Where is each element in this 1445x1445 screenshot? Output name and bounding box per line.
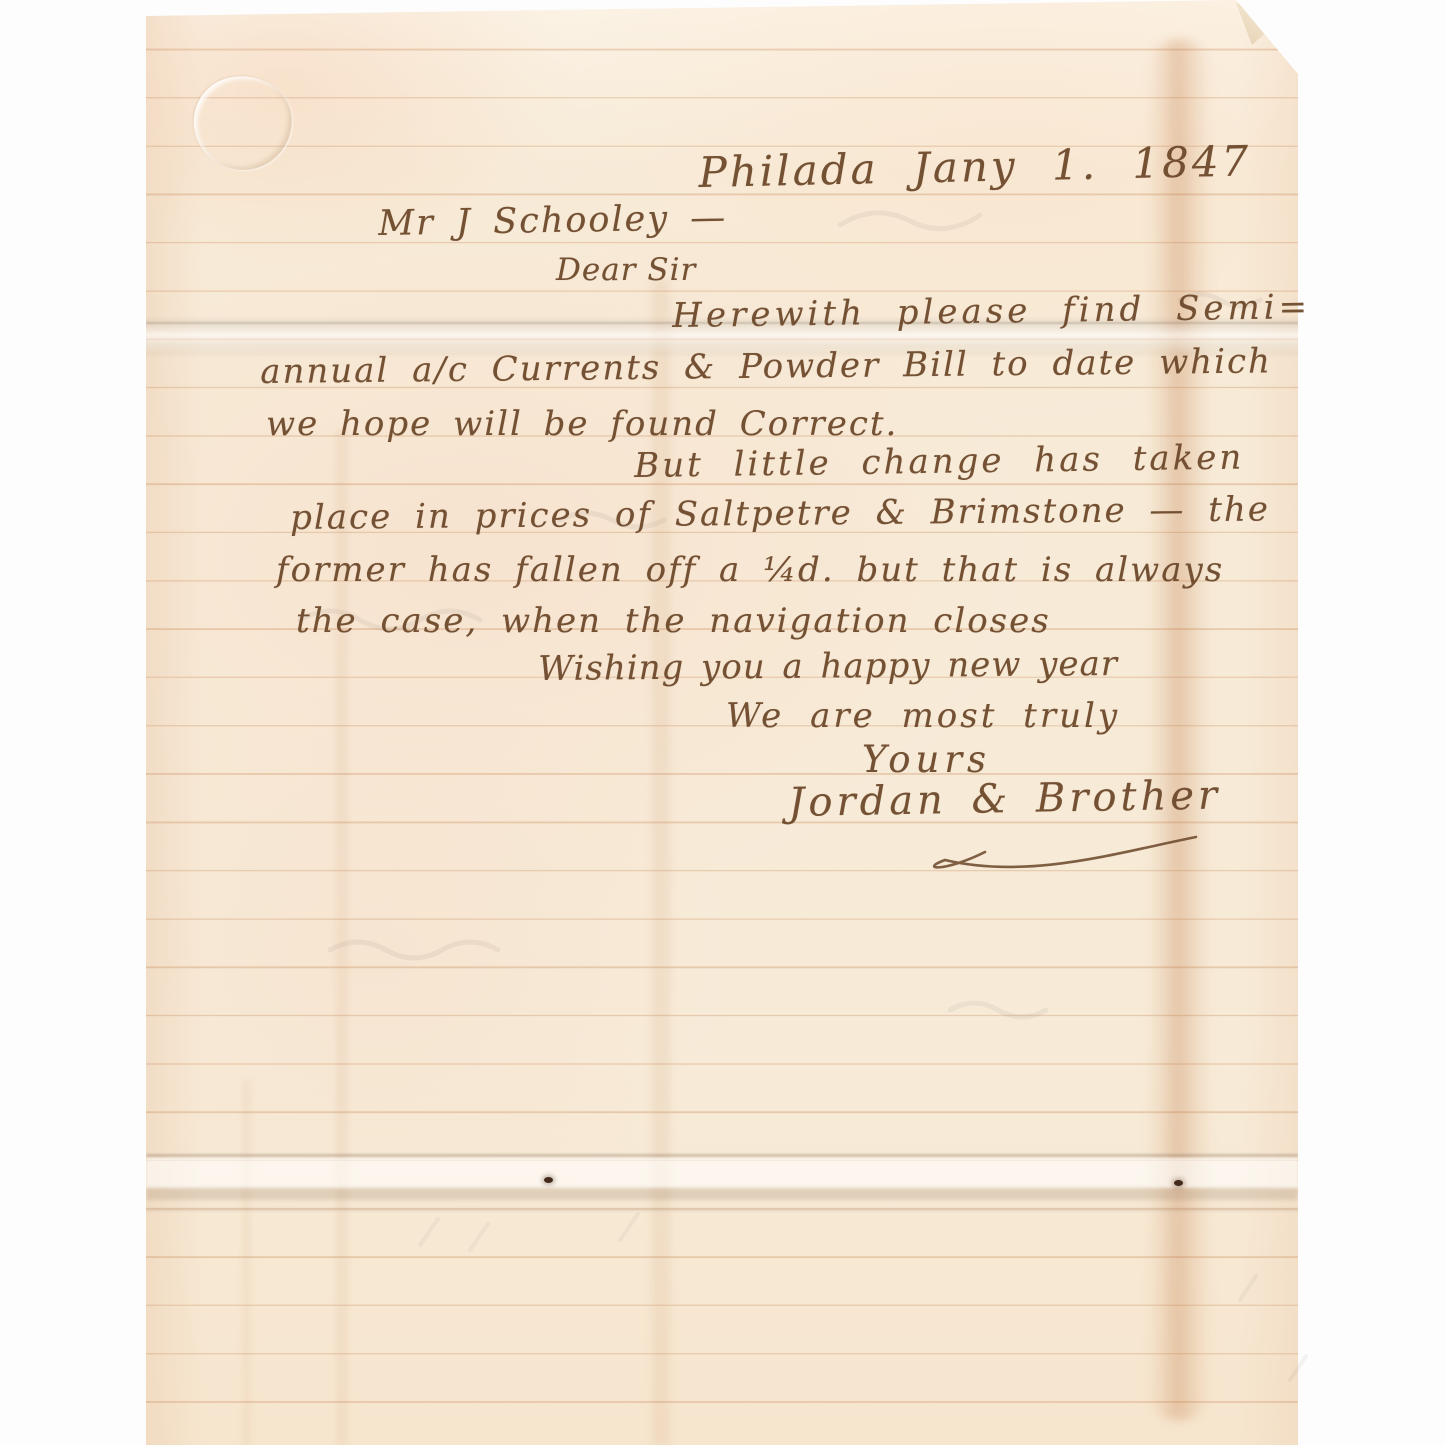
fold-stain-band-left bbox=[336, 430, 348, 1445]
fold-stain-band-farleft bbox=[242, 1080, 251, 1445]
fold-crease-bottom-shadow bbox=[146, 1188, 1298, 1200]
fold-crease-bottom-highlight bbox=[146, 1158, 1298, 1188]
fold-crease-top-line bbox=[146, 322, 1298, 324]
pinhole bbox=[544, 1177, 553, 1183]
fold-stain-band-middle bbox=[652, 280, 670, 1445]
letter-paper bbox=[146, 0, 1298, 1445]
fold-crease-bottom-line bbox=[146, 1154, 1298, 1157]
fold-crease-bottom-line2 bbox=[146, 1208, 1298, 1211]
letter-photo: Philada Jany 1. 1847 Mr J Schooley — Dea… bbox=[0, 0, 1445, 1445]
fold-stain-band-right bbox=[1146, 40, 1212, 1420]
pinhole bbox=[1174, 1180, 1183, 1186]
ruled-lines bbox=[146, 0, 1298, 1445]
